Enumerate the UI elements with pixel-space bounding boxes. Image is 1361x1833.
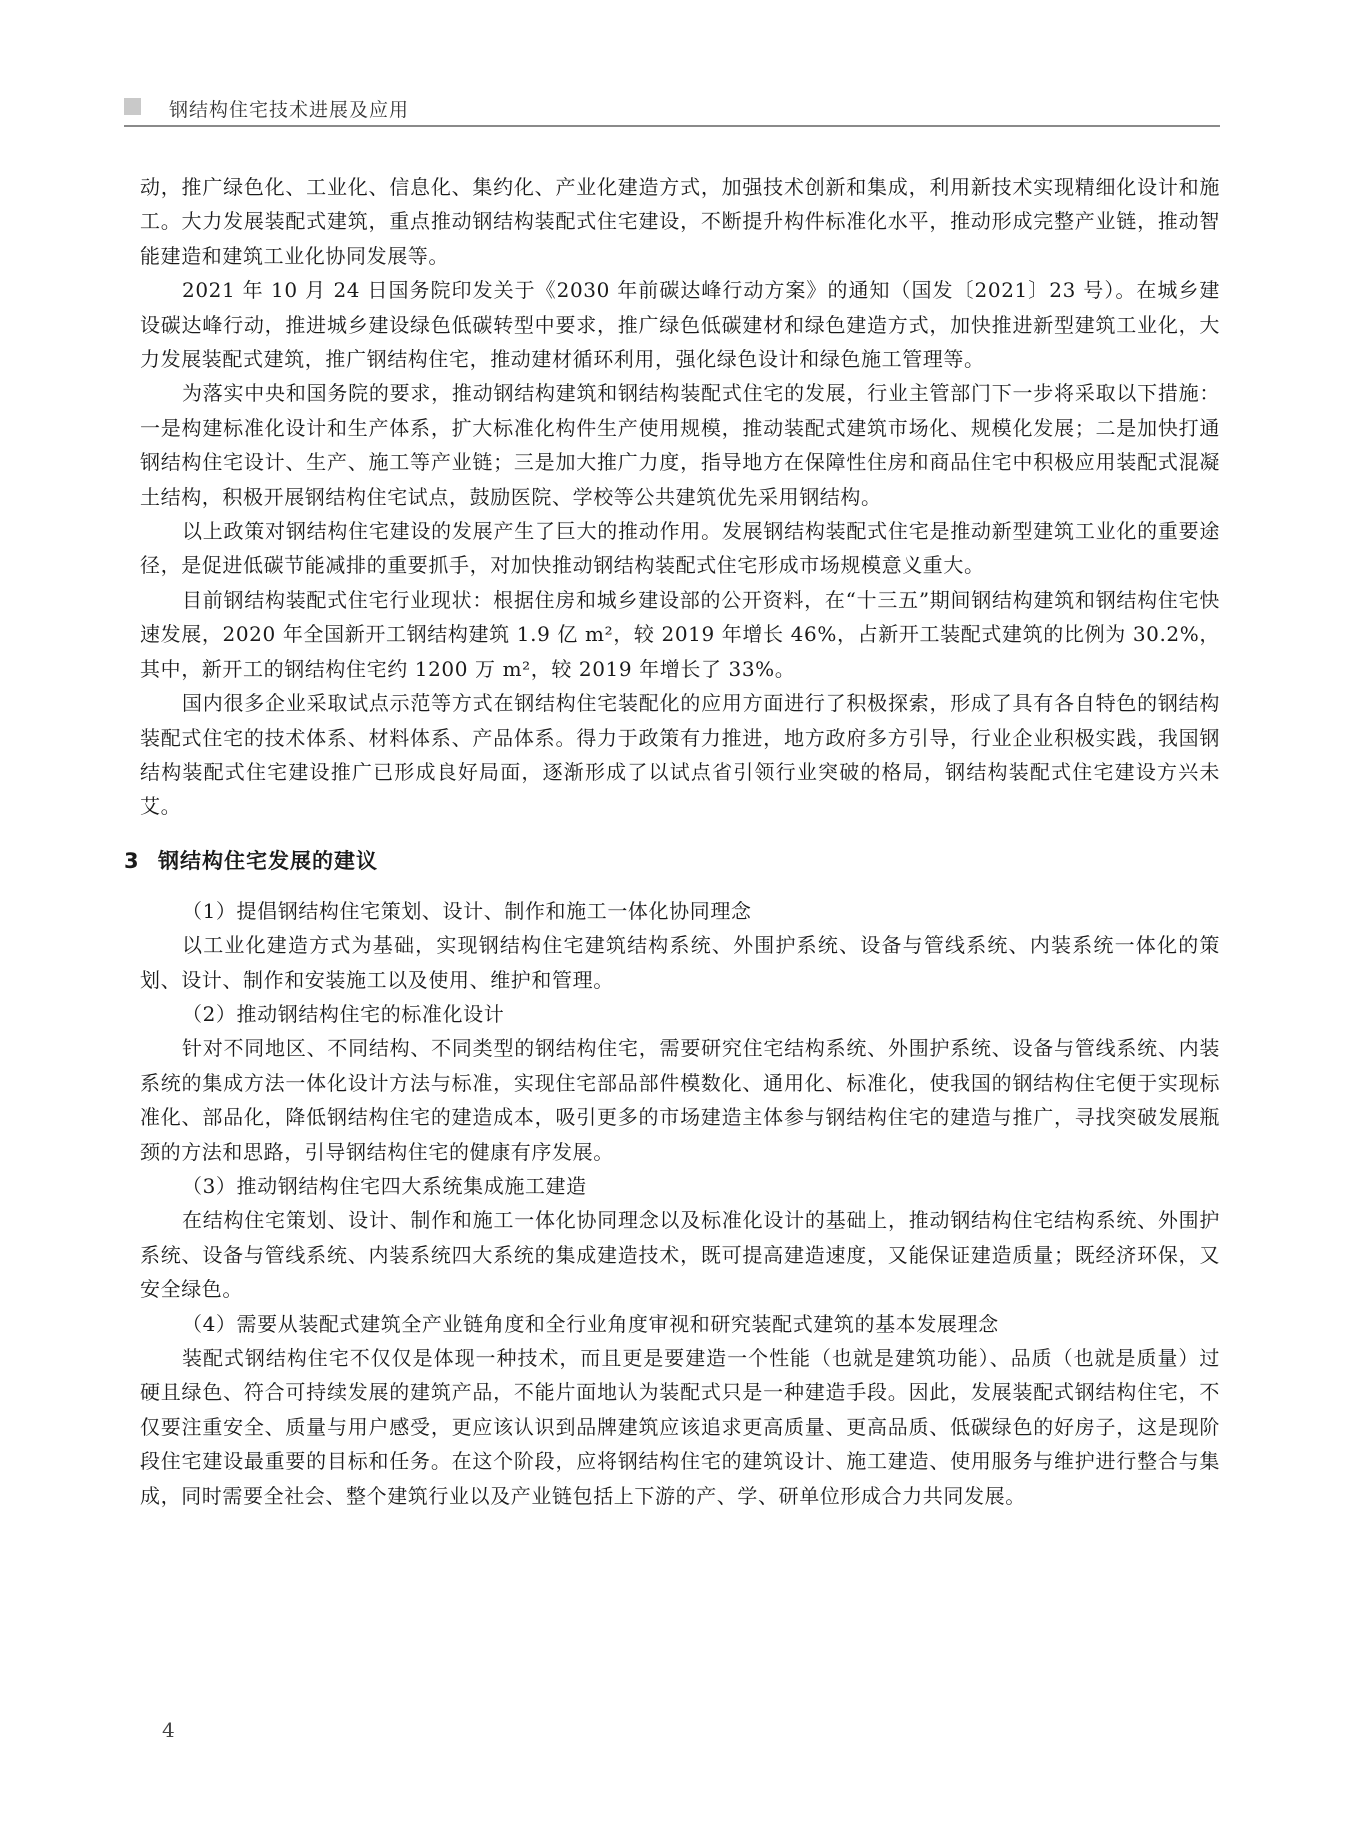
paragraph-carbon-peak-plan: 2021 年 10 月 24 日国务院印发关于《2030 年前碳达峰行动方案》的… [140, 273, 1220, 376]
page-body: 动，推广绿色化、工业化、信息化、集约化、产业化建造方式，加强技术创新和集成，利用… [140, 170, 1220, 1513]
subheading-2: （2）推动钢结构住宅的标准化设计 [140, 997, 1220, 1031]
paragraph-industry-status: 目前钢结构装配式住宅行业现状：根据住房和城乡建设部的公开资料，在“十三五”期间钢… [140, 583, 1220, 686]
section-number: 3 [124, 844, 158, 878]
section-heading: 3钢结构住宅发展的建议 [124, 844, 1220, 878]
header-divider [124, 125, 1220, 127]
subheading-4: （4）需要从装配式建筑全产业链角度和全行业角度审视和研究装配式建筑的基本发展理念 [140, 1307, 1220, 1341]
paragraph-policy-impact: 以上政策对钢结构住宅建设的发展产生了巨大的推动作用。发展钢结构装配式住宅是推动新… [140, 514, 1220, 583]
paragraph-integration: 以工业化建造方式为基础，实现钢结构住宅建筑结构系统、外围护系统、设备与管线系统、… [140, 928, 1220, 997]
paragraph-enterprise-exploration: 国内很多企业采取试点示范等方式在钢结构住宅装配化的应用方面进行了积极探索，形成了… [140, 686, 1220, 824]
paragraph-continuation: 动，推广绿色化、工业化、信息化、集约化、产业化建造方式，加强技术创新和集成，利用… [140, 170, 1220, 273]
running-header-title: 钢结构住宅技术进展及应用 [169, 95, 409, 122]
paragraph-standardization: 针对不同地区、不同结构、不同类型的钢结构住宅，需要研究住宅结构系统、外围护系统、… [140, 1031, 1220, 1169]
page-number: 4 [162, 1718, 175, 1742]
paragraph-measures: 为落实中央和国务院的要求，推动钢结构建筑和钢结构装配式住宅的发展，行业主管部门下… [140, 376, 1220, 514]
subheading-1: （1）提倡钢结构住宅策划、设计、制作和施工一体化协同理念 [140, 894, 1220, 928]
running-header: 钢结构住宅技术进展及应用 [124, 95, 1220, 129]
paragraph-full-chain: 装配式钢结构住宅不仅仅是体现一种技术，而且更是要建造一个性能（也就是建筑功能）、… [140, 1341, 1220, 1513]
paragraph-four-systems: 在结构住宅策划、设计、制作和施工一体化协同理念以及标准化设计的基础上，推动钢结构… [140, 1203, 1220, 1306]
section-title: 钢结构住宅发展的建议 [158, 849, 378, 873]
subheading-3: （3）推动钢结构住宅四大系统集成施工建造 [140, 1169, 1220, 1203]
header-square-icon [124, 98, 141, 115]
